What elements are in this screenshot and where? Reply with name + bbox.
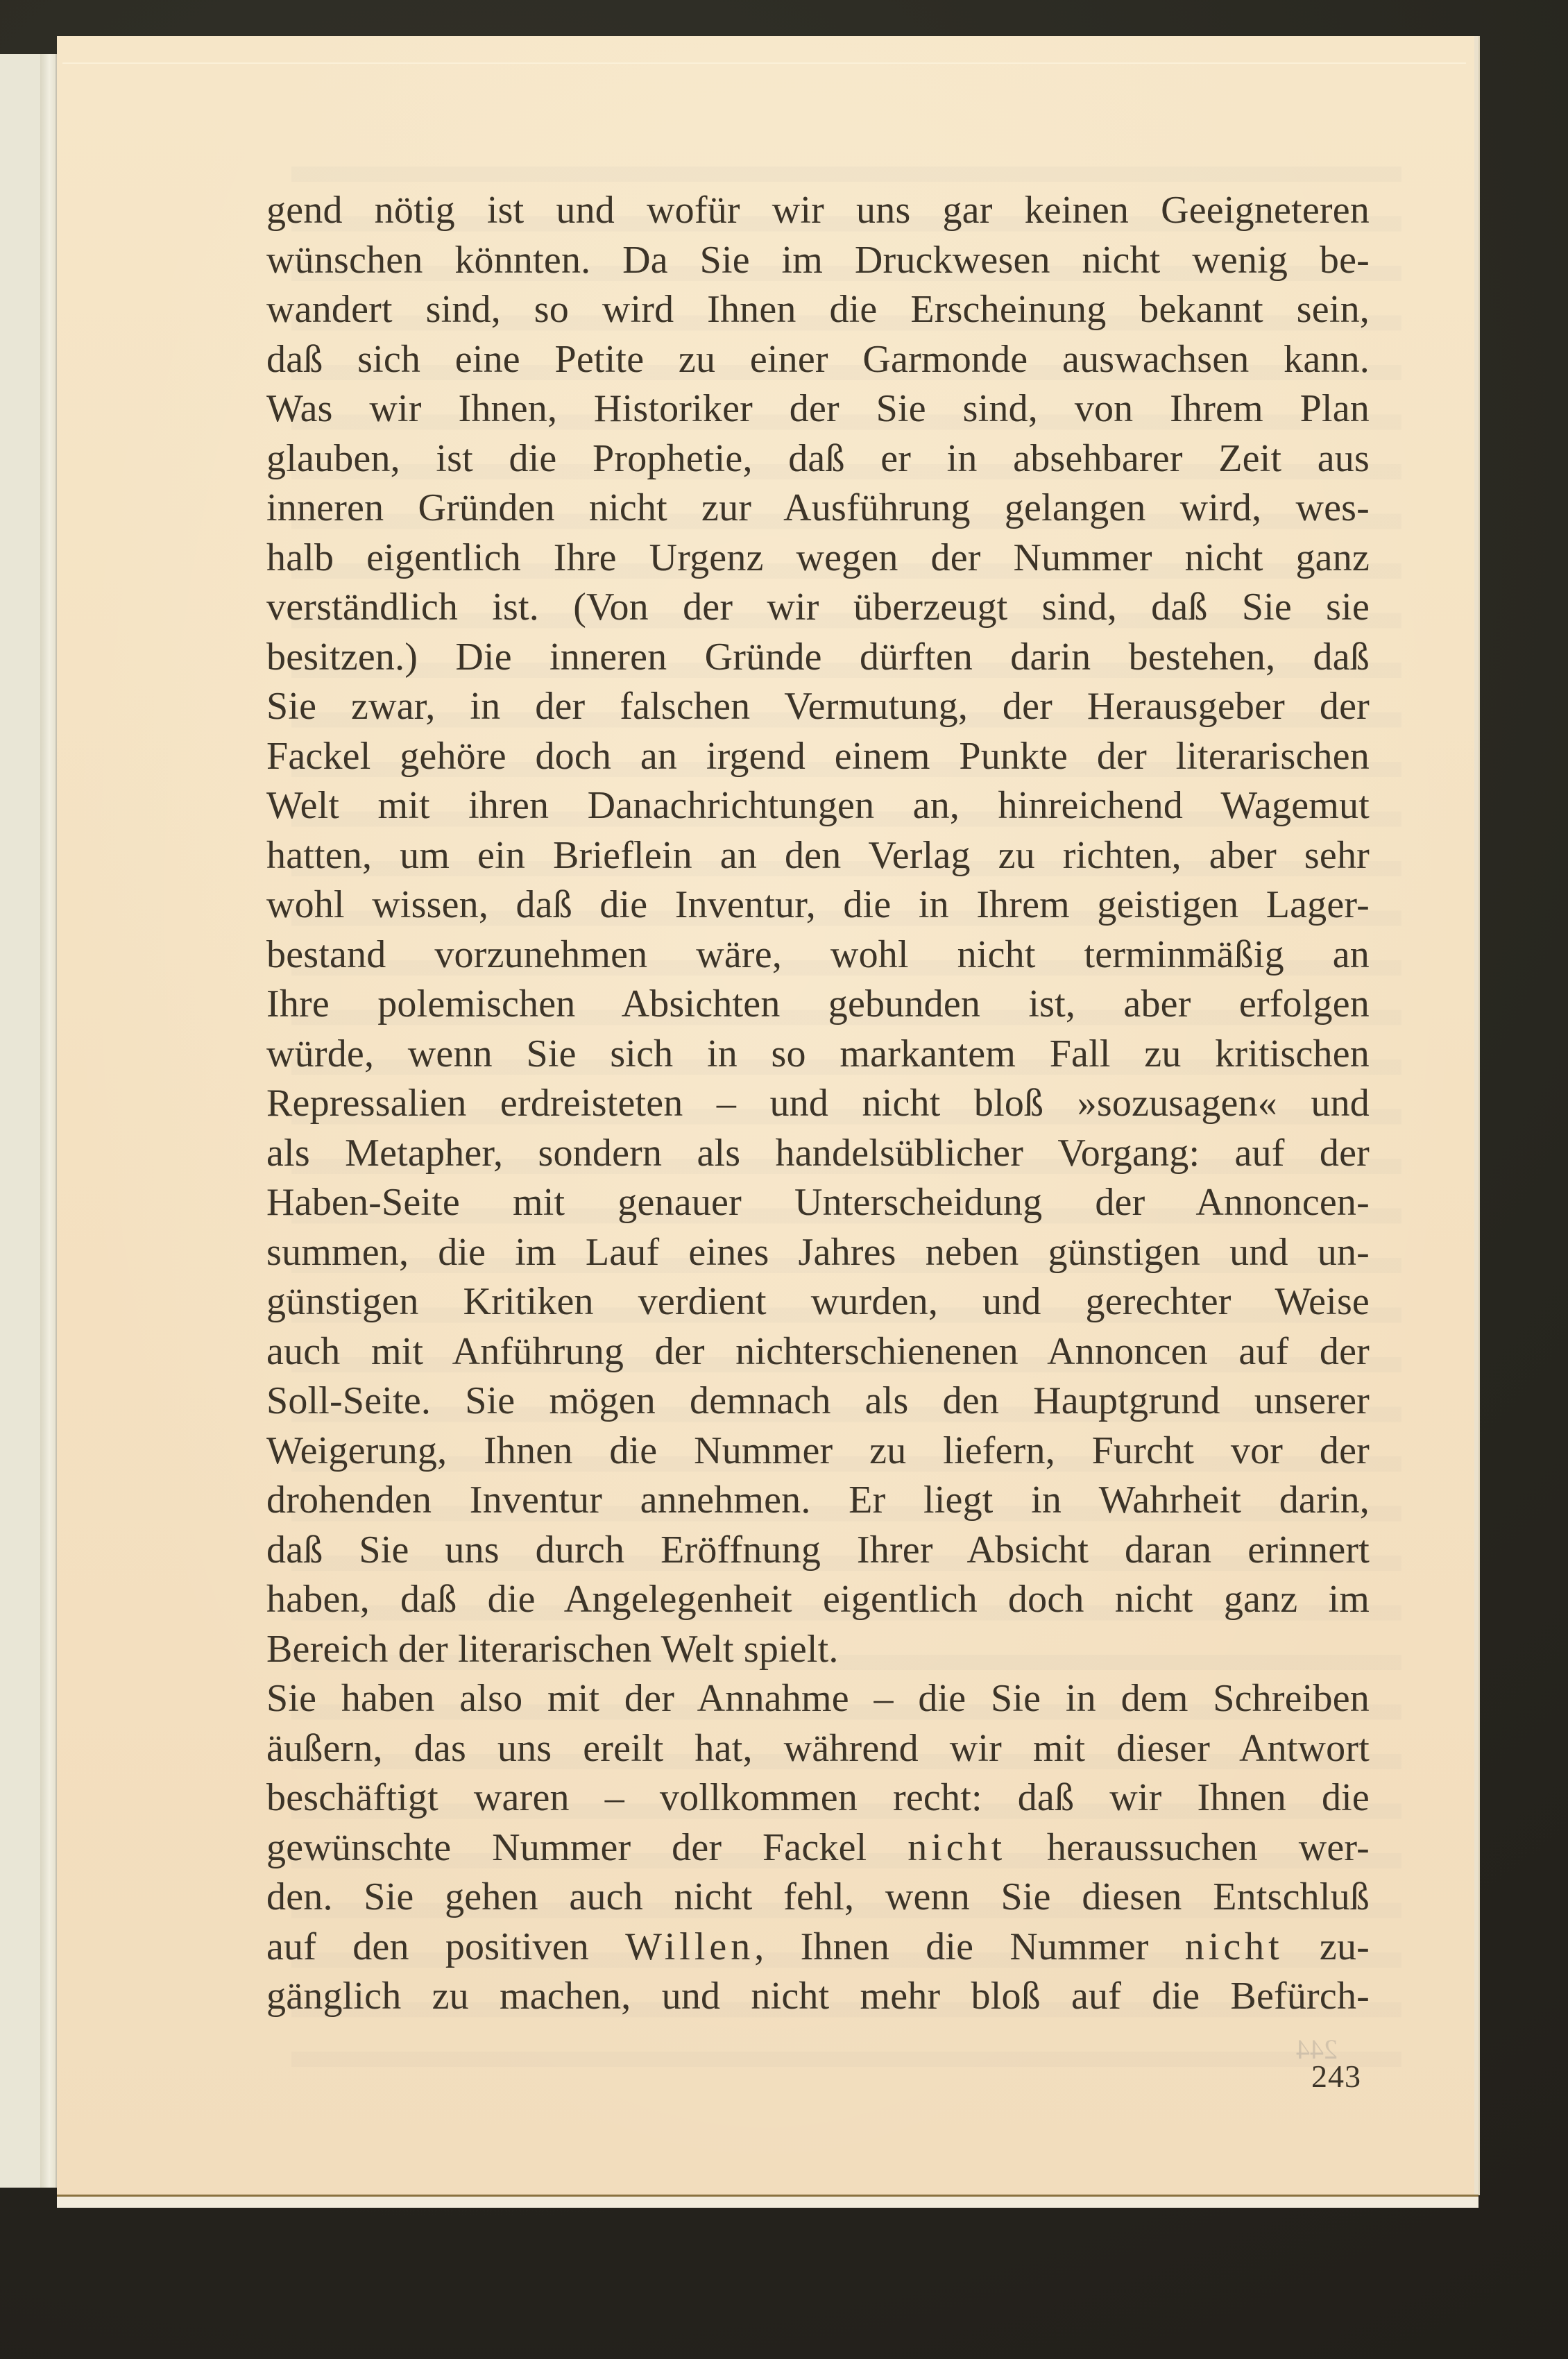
text-line: den. Sie gehen auch nicht fehl, wenn Sie… (266, 1873, 1370, 1923)
text-line: wandert sind, so wird Ihnen die Erschein… (266, 285, 1370, 335)
page-bottom-edge (57, 2195, 1478, 2208)
text-line: haben, daß die Angelegenheit eigentlich … (266, 1575, 1370, 1625)
spaced-emphasis: nicht (907, 1826, 1006, 1869)
text-line: würde, wenn Sie sich in so markantem Fal… (266, 1030, 1370, 1080)
text-segment: gewünschte Nummer der Fackel (266, 1826, 907, 1869)
text-line-emphasis: gewünschte Nummer der Fackel nicht herau… (266, 1823, 1370, 1873)
text-line: bestand vorzunehmen wäre, wohl nicht ter… (266, 930, 1370, 980)
text-line: günstigen Kritiken verdient wurden, und … (266, 1277, 1370, 1327)
text-line: drohenden Inventur annehmen. Er liegt in… (266, 1476, 1370, 1526)
text-line: Soll-Seite. Sie mögen demnach als den Ha… (266, 1377, 1370, 1427)
text-line: Repressalien erdreisteten – und nicht bl… (266, 1079, 1370, 1129)
text-line: glauben, ist die Prophetie, daß er in ab… (266, 434, 1370, 484)
text-segment: heraussuchen wer- (1006, 1826, 1370, 1869)
text-line: wohl wissen, daß die Inventur, die in Ih… (266, 880, 1370, 930)
text-segment: zu- (1284, 1925, 1370, 1968)
page-number: 243 (1311, 2058, 1361, 2095)
text-line: Haben-Seite mit genauer Unterscheidung d… (266, 1178, 1370, 1228)
text-line: wünschen könnten. Da Sie im Druckwesen n… (266, 236, 1370, 286)
text-line: Ihre polemischen Absichten gebunden ist,… (266, 980, 1370, 1030)
spaced-emphasis: nicht (1185, 1925, 1284, 1968)
text-line: beschäftigt waren – vollkommen recht: da… (266, 1773, 1370, 1823)
text-line: Weigerung, Ihnen die Nummer zu liefern, … (266, 1427, 1370, 1476)
text-line: Welt mit ihren Danachrichtungen an, hinr… (266, 781, 1370, 831)
body-text: gend nötig ist und wofür wir uns gar kei… (266, 186, 1370, 2022)
text-line: hatten, um ein Brieflein an den Verlag z… (266, 831, 1370, 881)
text-line: Fackel gehöre doch an irgend einem Punkt… (266, 732, 1370, 782)
text-line: inneren Gründen nicht zur Ausführung gel… (266, 484, 1370, 534)
text-line-emphasis: auf den positiven Willen, Ihnen die Numm… (266, 1923, 1370, 1973)
text-line: als Metapher, sondern als handelsübliche… (266, 1129, 1370, 1179)
spaced-emphasis: Willen (625, 1925, 754, 1968)
text-line: halb eigentlich Ihre Urgenz wegen der Nu… (266, 534, 1370, 584)
page-gutter-fold (40, 54, 56, 2188)
text-segment: auf den positiven (266, 1925, 625, 1968)
text-line: Sie haben also mit der Annahme – die Sie… (266, 1674, 1370, 1724)
text-segment: , Ihnen die Nummer (754, 1925, 1185, 1968)
text-line: auch mit Anführung der nichterschienenen… (266, 1327, 1370, 1377)
text-line: verständlich ist. (Von der wir überzeugt… (266, 583, 1370, 633)
text-line: äußern, das uns ereilt hat, während wir … (266, 1724, 1370, 1774)
page-top-crease (62, 62, 1466, 64)
text-line: besitzen.) Die inneren Gründe dürften da… (266, 633, 1370, 683)
text-line: Sie zwar, in der falschen Vermutung, der… (266, 682, 1370, 732)
text-line: gänglich zu machen, und nicht mehr bloß … (266, 1972, 1370, 2022)
text-line: gend nötig ist und wofür wir uns gar kei… (266, 186, 1370, 236)
text-line: summen, die im Lauf eines Jahres neben g… (266, 1228, 1370, 1278)
text-line: daß sich eine Petite zu einer Garmonde a… (266, 335, 1370, 385)
text-line: Was wir Ihnen, Historiker der Sie sind, … (266, 384, 1370, 434)
text-line: daß Sie uns durch Eröffnung Ihrer Absich… (266, 1526, 1370, 1576)
paragraph-end-line: Bereich der literarischen Welt spielt. (266, 1625, 1370, 1675)
